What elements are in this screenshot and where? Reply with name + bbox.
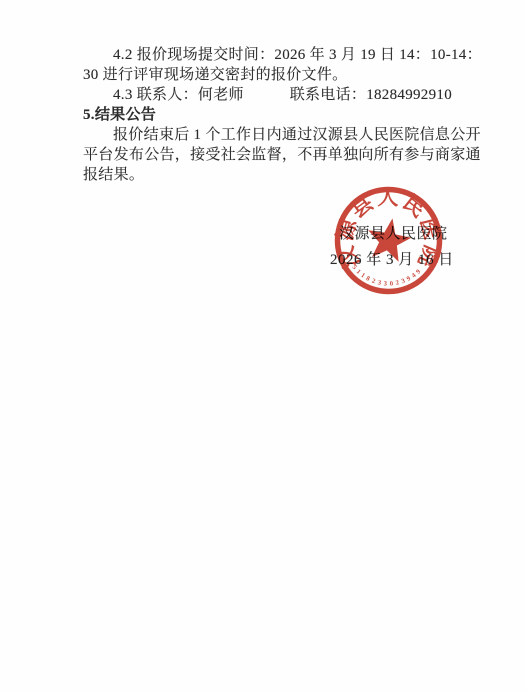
result-paragraph-line-2: 平台发布公告，接受社会监督，不再单独向所有参与商家通 [83,145,443,165]
result-paragraph-line-3: 报结果。 [83,165,443,185]
result-paragraph-line-1: 报价结束后 1 个工作日内通过汉源县人民医院信息公开 [83,125,443,145]
clause-4-2-line-1: 4.2 报价现场提交时间：2026 年 3 月 19 日 14：10-14： [83,45,443,65]
clause-4-2-line-2: 30 进行评审现场递交密封的报价文件。 [83,65,443,85]
document-page: 4.2 报价现场提交时间：2026 年 3 月 19 日 14：10-14： 3… [0,0,526,691]
clause-4-3-contact-line: 4.3 联系人：何老师 联系电话：18284992910 [83,85,443,105]
document-body: 4.2 报价现场提交时间：2026 年 3 月 19 日 14：10-14： 3… [83,45,443,185]
seal-star-icon [368,218,411,261]
official-seal-stamp: 汉源县人民医院 5118233023949 [332,184,445,297]
section-5-heading: 5.结果公告 [83,105,443,125]
